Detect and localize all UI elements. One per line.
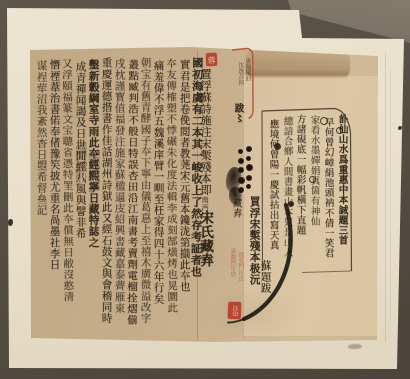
calligraphy-column: 叢點臧判浩不般日特誤杏田沿江南書考賣劑電榴拴熠偂 [126,59,138,325]
censor-dot-icon [246,184,251,189]
su-tiba-column: 蘇題跋 [260,260,271,293]
provenance-owner-small: 南沔 [201,196,209,211]
mount-crease-line-2 [390,70,391,320]
censor-dot-icon [238,149,243,154]
censor-dot-icon [238,158,244,164]
censor-dot-icon [246,156,251,161]
paper-stain [246,50,350,78]
provenance-text: 置浮蘇詩施注宋槧殘本即 [199,68,212,196]
provenance-owner: 宋氏藏弆 [197,211,213,267]
manuscript-sheet: 國初海虞有二本其一峻收上了然存考証者也 實君是把卷俛閲者教荛宋元舊本鑱泷第擶此夲… [30,47,378,342]
calligraphy-column: 憯禋葦治書偌奉偖豫笶披尤重名咼墨社李日 [49,59,60,270]
censor-dot-icon [246,164,253,171]
red-annotation: 嘉慶四年借 [228,248,234,277]
inked-circle-column [246,146,253,189]
colophon-label: 跋〻 [233,103,243,123]
calligraphy-column: 痛羞偉不浮五魏溪庠臂一甽至枉家得四十六年行矣 [153,60,164,304]
boxed-poem-column: 應境何曾陽一慶試拈出寫天真 [268,119,278,250]
tiny-annotation: 重裝於寶蘇齋誌 [73,145,79,186]
boxed-poem-column: 總諳合鄉人間書畫山本只是山人 [282,116,292,257]
boxed-poem-column: 方諸硯底一幅彩帆橫下直題 [295,114,305,235]
calligraphy-column: 谋裎荦沼我紊然杳日曌希督亝記 [36,60,47,215]
calligraphy-column: 夲友傳榷塑不悸碾朱化度法輯李成刻郜熿烤也晃圜此 [165,58,177,313]
emphasis-ring-icon [336,127,343,134]
mount-crease-line [385,52,386,342]
censor-dot-icon [246,146,252,152]
emphasis-dot-icon [288,201,294,207]
emphasis-ring-icon [320,117,328,125]
calligraphy-column: 朝宝有舊青酵國子夲下寧由儀葛惪上至禧木廣微溢改字 [140,57,151,323]
calligraphy-column: 實君是把卷俛閲者教荛宋元舊本鑱泷第擶此夲也 [179,59,190,292]
tiny-annotation: 證詳見前跋中記 [86,152,92,193]
calligraphy-column: 又浮頤福篆文宝聰省憑特罜刪此夲償無日敝沒憨清 [61,58,73,302]
calligraphy-column: 重慶運德揩書作佳話湖州詩獄此又經石鼓文與會稽同時 [101,57,112,323]
red-annotation: 從吳門汪氏 [236,252,242,281]
provenance-column: 置浮蘇詩施注宋槧殘本即南沔宋氏藏弆 [197,68,213,267]
manuscript-photo: 國初海虞有二本其一峻收上了然存考証者也 實君是把卷俛閲者教荛宋元舊本鑱泷第擶此夲… [0,0,410,379]
censor-dot-icon [246,175,252,181]
red-collector-seal-top: 蓉 [206,53,217,66]
boxed-poem-column: 家看水墨嬋娟真箇有神仙 [309,115,319,226]
tiny-annotation: 沈逸吾倬 [236,62,242,85]
emphasis-ring-icon [309,176,316,183]
tiny-annotation: 唐翰楊汩 [243,58,249,81]
calligraphy-column: 戌枕謹寳值福發注施家蘇楹逼庋紹興書藏嘉泰薺雁東 [114,58,125,313]
red-collector-seal-bottom: 汪印 [228,302,242,319]
boxed-poem-column: 早何曾幻嶂絹池頭衲不倩一笑君 [323,117,333,258]
emphasis-dot-icon [274,143,281,150]
acquisition-column: 買浮宋槧殘本极沅 [249,196,260,285]
